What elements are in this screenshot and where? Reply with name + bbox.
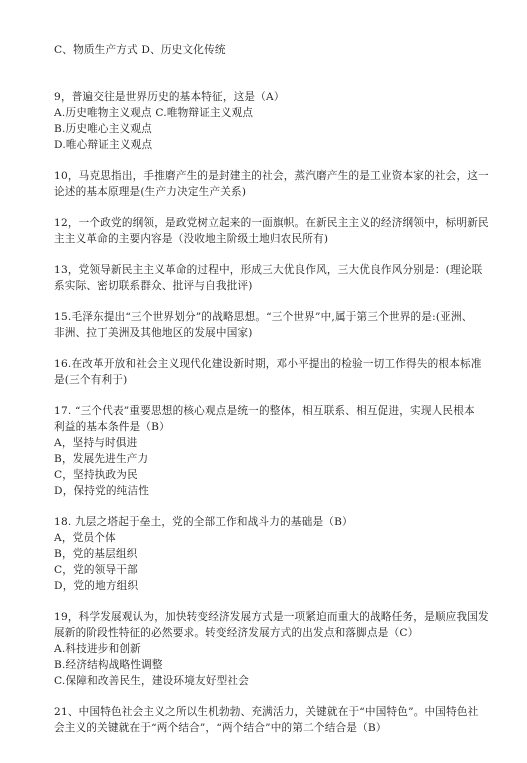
text-line: B.历史唯心主义观点 [54, 121, 152, 137]
text-line: 非洲、拉丁美洲及其他地区的发展中国家) [54, 325, 253, 341]
text-line: D.唯心辩证主义观点 [54, 137, 152, 153]
text-line: 利益的基本条件是（B） [54, 419, 170, 435]
text-line: 10，马克思指出，手推磨产生的是封建主的社会，蒸汽磨产生的是工业资本家的社会，这… [54, 168, 489, 184]
text-line: 16.在改革开放和社会主义现代化建设新时期，邓小平提出的检验一切工作得失的根本标… [54, 356, 482, 372]
text-line: D，保持党的纯洁性 [54, 483, 149, 499]
text-line: 15.毛泽东提出“三个世界划分”的战略思想。“三个世界”中,属于第三个世界的是:… [54, 309, 473, 325]
text-line: 13，党领导新民主主义革命的过程中，形成三大优良作风，三大优良作风分别是：(理论… [54, 262, 482, 278]
text-line: B，发展先进生产力 [54, 451, 148, 467]
text-line: 论述的基本原理是(生产力决定生产关系) [54, 184, 246, 200]
text-line: 18. 九层之塔起于垒土，党的全部工作和战斗力的基础是（B） [54, 514, 353, 530]
text-line: C，党的领导干部 [54, 562, 138, 578]
text-line: A，坚持与时俱进 [54, 435, 137, 451]
text-line: A，党员个体 [54, 530, 116, 546]
text-line: 是(三个有利于) [54, 372, 127, 388]
text-line: 17. “三个代表”重要思想的核心观点是统一的整体，相互联系、相互促进，实现人民… [54, 403, 475, 419]
text-line: A.历史唯物主义观点 C.唯物辩证主义观点 [54, 105, 253, 121]
text-line: 19，科学发展观认为，加快转变经济发展方式是一项紧迫而重大的战略任务，是顺应我国… [54, 609, 489, 625]
text-line: C、物质生产方式 D、历史文化传统 [54, 42, 226, 58]
text-line: B.经济结构战略性调整 [54, 657, 163, 673]
text-line: 12，一个政党的纲领，是政党树立起来的一面旗帜。在新民主主义的经济纲领中，标明新… [54, 215, 489, 231]
text-line: 系实际、密切联系群众、批评与自我批评) [54, 278, 253, 294]
text-line: 9，普遍交往是世界历史的基本特征，这是（A） [54, 89, 285, 105]
text-line: D，党的地方组织 [54, 578, 138, 594]
text-line: 21、中国特色社会主义之所以生机勃勃、充满活力，关键就在于“中国特色”。中国特色… [54, 704, 478, 720]
text-line: 展新的阶段性特征的必然要求。转变经济发展方式的出发点和落脚点是（C） [54, 625, 419, 641]
text-line: B，党的基层组织 [54, 546, 138, 562]
text-line: 会主义的关键就在于“两个结合”，“两个结合”中的第二个结合是（B） [54, 720, 387, 736]
text-line: C，坚持执政为民 [54, 467, 138, 483]
text-line: A.科技进步和创新 [54, 641, 141, 657]
text-line: 主主义革命的主要内容是（没收地主阶级土地归农民所有) [54, 231, 328, 247]
text-line: C.保障和改善民生，建设环境友好型社会 [54, 673, 249, 689]
